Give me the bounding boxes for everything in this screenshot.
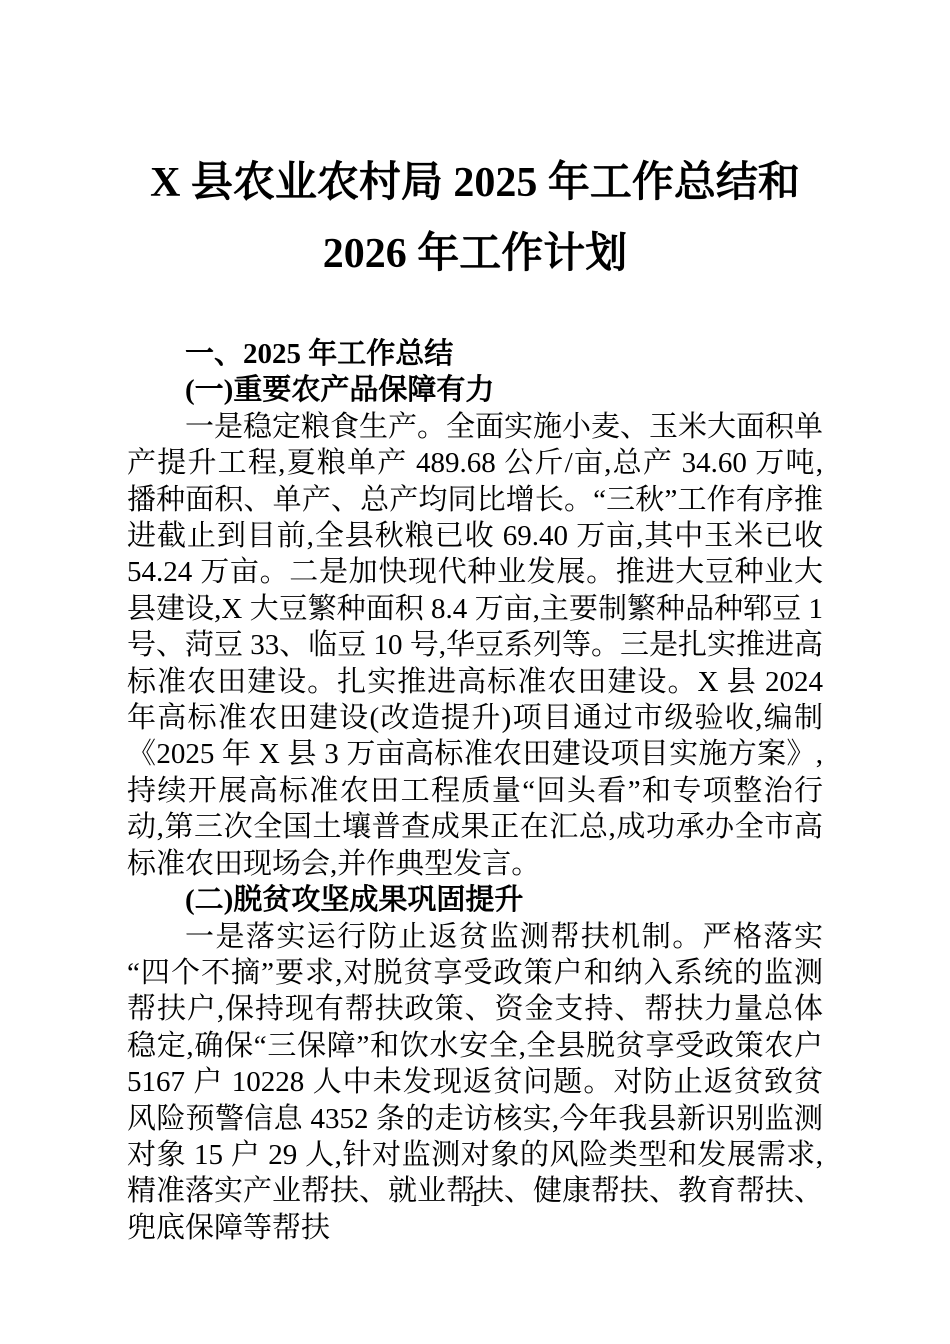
page-footer: 1 bbox=[0, 1186, 950, 1212]
document-body: 一、2025 年工作总结(一)重要农产品保障有力一是稳定粮食生产。全面实施小麦、… bbox=[127, 336, 823, 1246]
page-number: 1 bbox=[469, 1186, 481, 1211]
section-heading-2: (二)脱贫攻坚成果巩固提升 bbox=[127, 882, 823, 918]
section-heading-2: (一)重要农产品保障有力 bbox=[127, 372, 823, 408]
document-page: X 县农业农村局 2025 年工作总结和 2026 年工作计划 一、2025 年… bbox=[0, 0, 950, 1344]
section-heading-1: 一、2025 年工作总结 bbox=[127, 336, 823, 372]
document-title: X 县农业农村局 2025 年工作总结和 2026 年工作计划 bbox=[127, 148, 823, 290]
document-content: X 县农业农村局 2025 年工作总结和 2026 年工作计划 一、2025 年… bbox=[0, 0, 950, 1246]
paragraph: 一是稳定粮食生产。全面实施小麦、玉米大面积单产提升工程,夏粮单产 489.68 … bbox=[127, 409, 823, 882]
